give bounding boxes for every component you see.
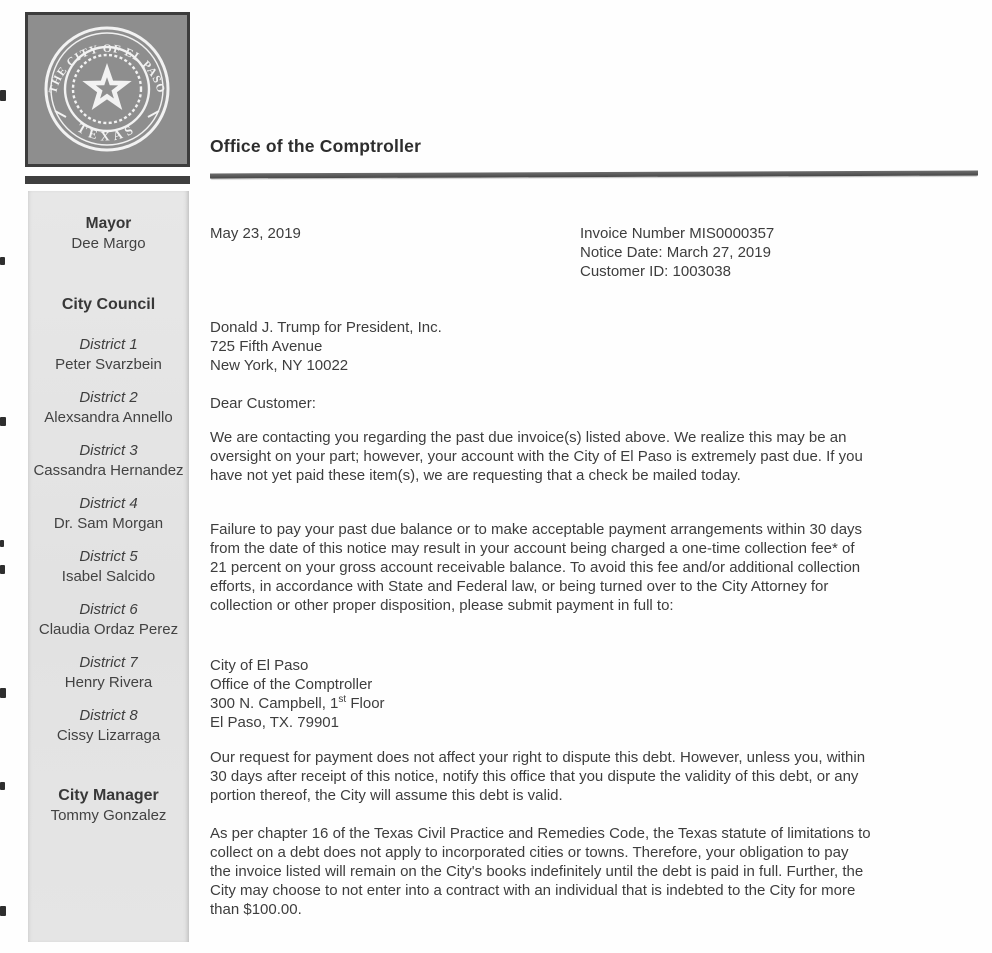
mayor-heading: Mayor (28, 214, 189, 234)
district-label: District 8 (28, 706, 189, 726)
sidebar-officials: Mayor Dee Margo City Council District 1 … (28, 191, 189, 942)
mayor-name: Dee Margo (28, 234, 189, 254)
district-label: District 1 (28, 335, 189, 355)
district-item: District 1 Peter Svarzbein (28, 335, 189, 375)
district-item: District 3 Cassandra Hernandez (28, 441, 189, 481)
district-member-name: Dr. Sam Morgan (28, 514, 189, 534)
paragraph-dispute-rights: Our request for payment does not affect … (210, 748, 872, 805)
recipient-street: 725 Fifth Avenue (210, 337, 442, 356)
customer-id: Customer ID: 1003038 (580, 262, 774, 281)
street-text: 300 N. Campbell, 1 (210, 695, 338, 712)
city-manager-heading: City Manager (28, 786, 189, 806)
invoice-info: Invoice Number MIS0000357 Notice Date: M… (580, 224, 774, 281)
recipient-name: Donald J. Trump for President, Inc. (210, 318, 442, 337)
district-member-name: Alexsandra Annello (28, 408, 189, 428)
district-label: District 2 (28, 388, 189, 408)
district-item: District 5 Isabel Salcido (28, 547, 189, 587)
district-member-name: Henry Rivera (28, 673, 189, 693)
mayor-block: Mayor Dee Margo (28, 214, 189, 254)
scan-artifact (0, 90, 6, 101)
council-heading: City Council (28, 295, 189, 315)
district-label: District 5 (28, 547, 189, 567)
seal-underline-bar (25, 176, 190, 184)
paragraph-collection-fee: Failure to pay your past due balance or … (210, 520, 872, 615)
invoice-number: Invoice Number MIS0000357 (580, 224, 774, 243)
district-label: District 7 (28, 653, 189, 673)
scan-artifact (0, 540, 4, 547)
district-label: District 4 (28, 494, 189, 514)
scan-artifact (0, 688, 6, 698)
district-label: District 3 (28, 441, 189, 461)
recipient-city: New York, NY 10022 (210, 356, 442, 375)
scan-artifact (0, 906, 6, 916)
city-seal: THE CITY OF EL PASO TEXAS (25, 12, 190, 167)
district-item: District 2 Alexsandra Annello (28, 388, 189, 428)
recipient-address: Donald J. Trump for President, Inc. 725 … (210, 318, 442, 375)
district-member-name: Peter Svarzbein (28, 355, 189, 375)
payment-address: City of El Paso Office of the Comptrolle… (210, 656, 385, 732)
paragraph-statute: As per chapter 16 of the Texas Civil Pra… (210, 824, 872, 919)
letter-page: THE CITY OF EL PASO TEXAS Mayor Dee Marg… (0, 0, 992, 953)
scan-artifact (0, 417, 6, 426)
city-manager-name: Tommy Gonzalez (28, 806, 189, 826)
city-manager-block: City Manager Tommy Gonzalez (28, 786, 189, 826)
salutation: Dear Customer: (210, 394, 316, 413)
district-member-name: Cissy Lizarraga (28, 726, 189, 746)
district-item: District 8 Cissy Lizarraga (28, 706, 189, 746)
district-item: District 7 Henry Rivera (28, 653, 189, 693)
letter-date: May 23, 2019 (210, 224, 301, 243)
district-member-name: Cassandra Hernandez (28, 461, 189, 481)
district-label: District 6 (28, 600, 189, 620)
scan-artifact (0, 565, 5, 574)
scan-artifact (0, 257, 5, 265)
city-seal-graphic: THE CITY OF EL PASO TEXAS (25, 12, 190, 167)
payment-address-line: Office of the Comptroller (210, 675, 385, 694)
payment-address-line: 300 N. Campbell, 1st Floor (210, 694, 385, 713)
payment-address-line: City of El Paso (210, 656, 385, 675)
district-item: District 6 Claudia Ordaz Perez (28, 600, 189, 640)
notice-date: Notice Date: March 27, 2019 (580, 243, 774, 262)
district-member-name: Claudia Ordaz Perez (28, 620, 189, 640)
title-rule (210, 171, 978, 179)
district-member-name: Isabel Salcido (28, 567, 189, 587)
district-item: District 4 Dr. Sam Morgan (28, 494, 189, 534)
scan-artifact (0, 782, 5, 790)
street-text: Floor (346, 695, 384, 712)
page-title: Office of the Comptroller (210, 136, 421, 157)
paragraph-past-due: We are contacting you regarding the past… (210, 428, 872, 485)
payment-address-line: El Paso, TX. 79901 (210, 713, 385, 732)
